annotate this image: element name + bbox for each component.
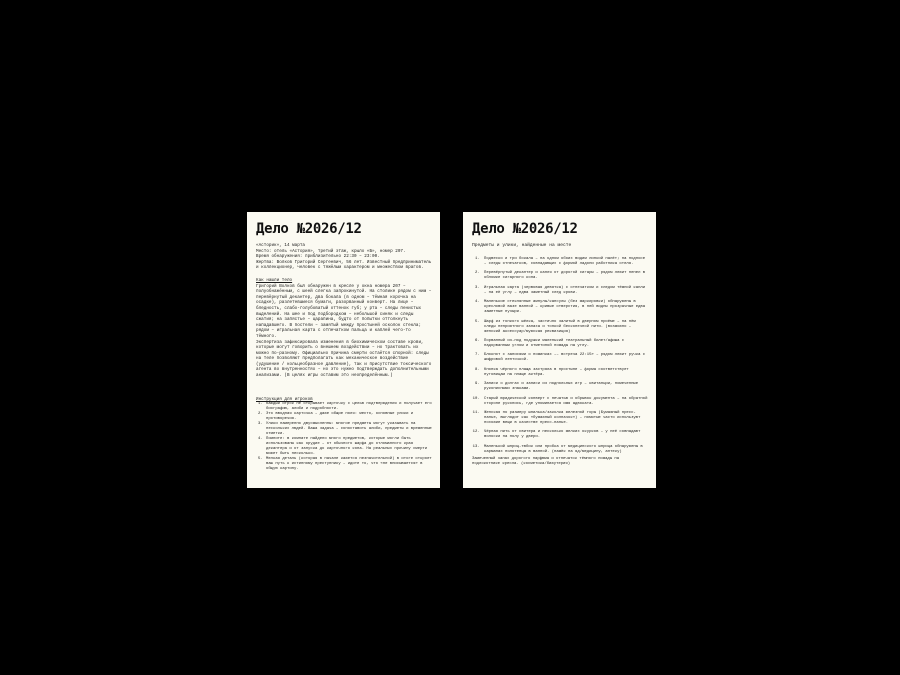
body-paragraph: Экспертиза зафиксировала изменения в био…: [256, 340, 432, 379]
case-page-left: Дело №2026/12 «Асторик», 14 марта Место:…: [247, 212, 440, 488]
evidence-item: Чёрная нить от свитера и несколько мелки…: [482, 430, 648, 440]
instruction-item: Это вводная карточка – даже общие поля: …: [265, 412, 432, 422]
case-page-right: Дело №2026/12 Предметы и улики, найденны…: [463, 212, 656, 488]
meta-line: Жертва: Волков Григорий Сергеевич, 56 ле…: [256, 260, 432, 271]
evidence-item: Маленькие стеклянные ампулы/капсулы (без…: [482, 300, 648, 315]
case-title: Дело №2026/12: [256, 221, 432, 237]
evidence-item: Кнопка чёрного плаща застряла в простыне…: [482, 368, 648, 378]
body-paragraph: Григорий Волков был обнаружен в кресле у…: [256, 284, 432, 340]
evidence-item: Игральная карта (червовая девятка) с отп…: [482, 286, 648, 296]
evidence-item: Маленький шприц-тюбик или пробка от меди…: [482, 445, 648, 455]
evidence-list: Подвеско и три бокала – на одном обоих в…: [472, 257, 648, 455]
evidence-item: Подвеско и три бокала – на одном обоих в…: [482, 257, 648, 267]
evidence-item: Записи о долгах и записи из подпольных и…: [482, 382, 648, 392]
case-title: Дело №2026/12: [472, 221, 648, 237]
evidence-item: Перевёрнутый декантер и капля от дорогой…: [482, 271, 648, 281]
instruction-item: Мелкая деталь (которая в начале кажется …: [265, 457, 432, 472]
instruction-item: Улики намеренно двусмысленны: многие пре…: [265, 422, 432, 437]
evidence-item: Старый юридический конверт с печатью и о…: [482, 397, 648, 407]
instructions-list: Каждый игрок не открывает карточку с цел…: [256, 402, 432, 472]
evidence-item: Блокнот с записями о поминках –– встреча…: [482, 353, 648, 363]
case-meta: «Асторик», 14 марта Место: отель «Астори…: [256, 243, 432, 271]
instruction-item: Помните: в комнате найдено много предмет…: [265, 437, 432, 457]
evidence-footnote: Замеченный запах дорогого парфюма и отпе…: [472, 457, 648, 467]
instruction-item: Каждый игрок не открывает карточку с цел…: [265, 402, 432, 412]
evidence-item: Порванный из-под подушки маленький театр…: [482, 339, 648, 349]
evidence-subtitle: Предметы и улики, найденные на месте: [472, 243, 648, 249]
evidence-item: Женская по размеру шпилька/заколка желез…: [482, 411, 648, 426]
evidence-item: Шарф из тонкого шёлка, частично залитый …: [482, 320, 648, 335]
